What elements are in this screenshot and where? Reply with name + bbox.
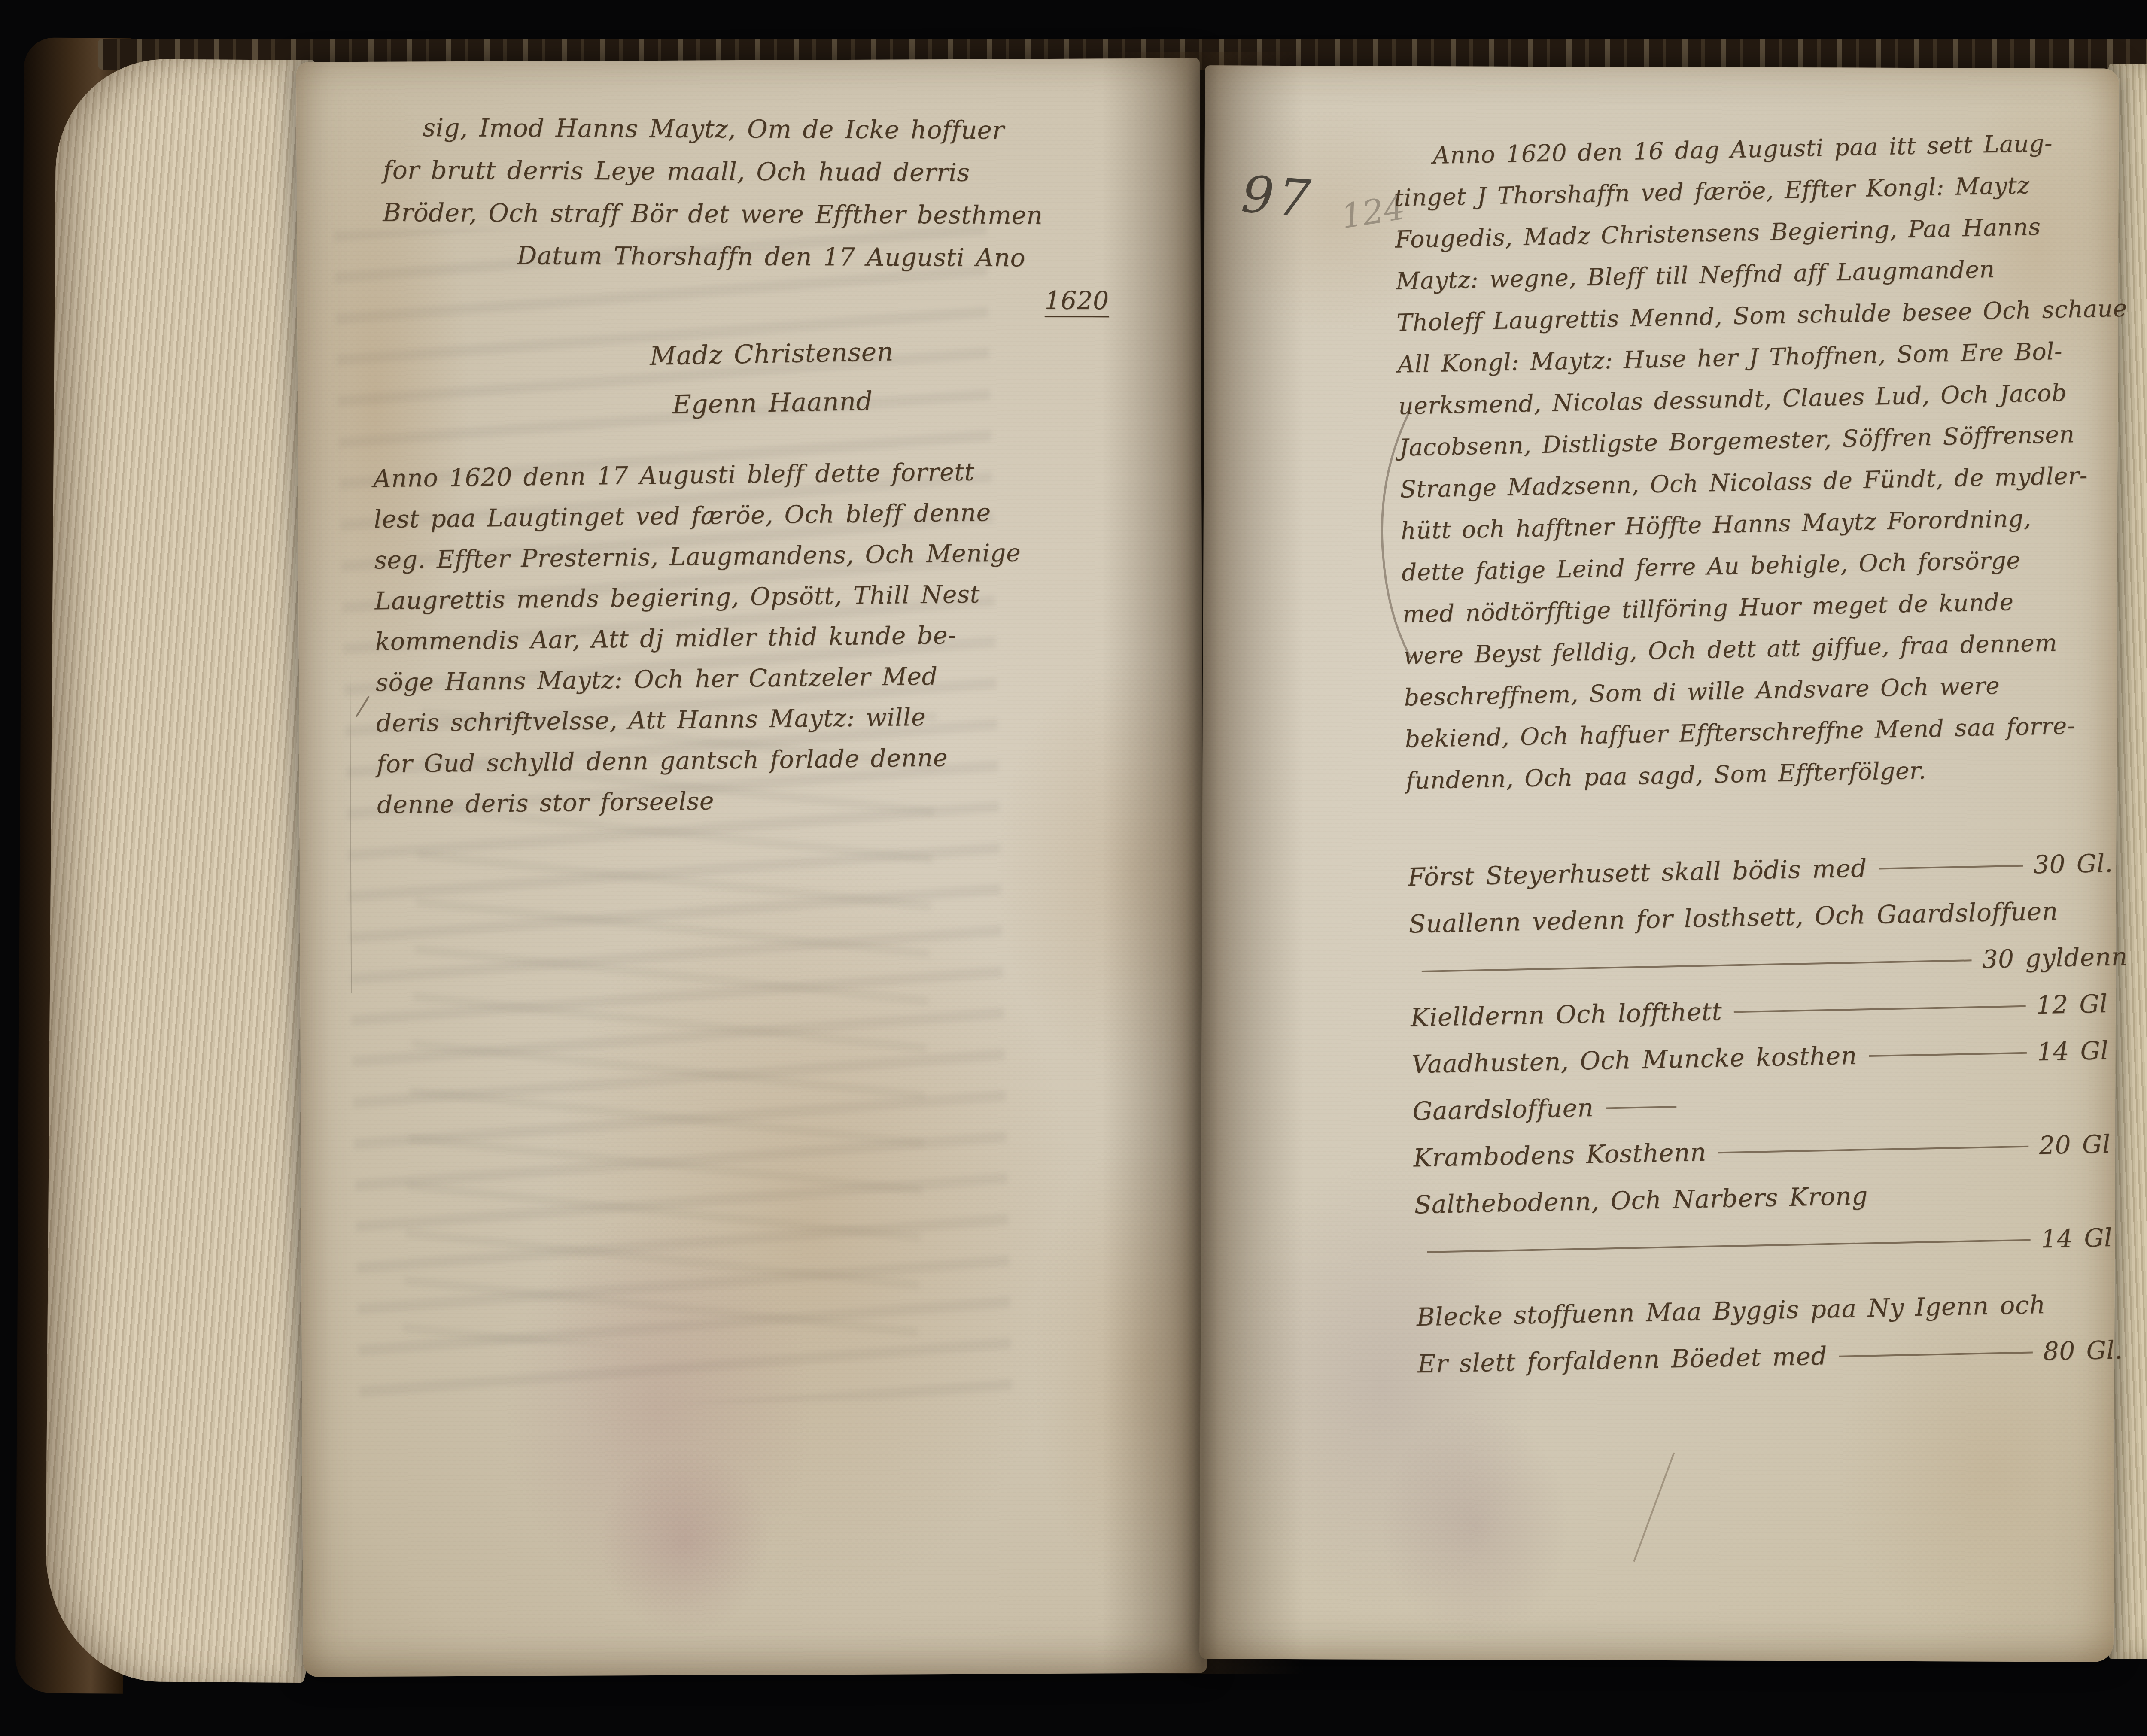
court-entry-paragraph: Anno 1620 denn 17 Augusti bleff dette fo… xyxy=(373,449,1185,826)
ledger-row: Suallenn vedenn for losthsett, Och Gaard… xyxy=(1408,889,2127,945)
ledger-row: 30 gyldenn xyxy=(1409,936,2128,992)
ledger-leader-line xyxy=(1879,865,2023,870)
ledger-leader-line xyxy=(1880,1194,2030,1197)
ledger-item-amount: 80 Gl. xyxy=(2043,1329,2136,1372)
stain xyxy=(503,1210,814,1611)
stain xyxy=(1380,1410,1570,1642)
stain xyxy=(599,1447,771,1636)
ledger-item-label: Vaadhusten, Och Muncke kosthen xyxy=(1411,1035,1857,1086)
manuscript-line: denne deris stor forseelse xyxy=(377,776,1184,826)
ledger-leader-line xyxy=(1718,1146,2029,1154)
ledger-item-label: Först Steyerhusett skall bödis med xyxy=(1407,847,1867,898)
ledger-item-amount xyxy=(2040,1199,2132,1201)
manuscript-line: Datum Thorshaffn den 17 Augusti Ano xyxy=(383,234,1160,280)
ledger-row: Gaardsloffuen xyxy=(1412,1076,2131,1132)
page-number: 97 xyxy=(1240,164,1317,229)
stain xyxy=(540,853,1080,1606)
ledger-leader-line xyxy=(1839,1352,2033,1357)
ledger-item-label: Gaardsloffuen xyxy=(1412,1087,1594,1132)
ledger-row: Först Steyerhusett skall bödis med 30 Gl… xyxy=(1407,842,2126,898)
court-entry-right: Anno 1620 den 16 dag Augusti paa itt set… xyxy=(1393,121,2136,1390)
ledger-item-amount: 30 gyldenn xyxy=(1982,936,2128,980)
closing-paragraph: sig, Imod Hanns Maytz, Om de Icke hoffue… xyxy=(382,106,1160,322)
manuscript-line: sig, Imod Hanns Maytz, Om de Icke hoffue… xyxy=(383,106,1160,152)
signature-block: Madz ChristensenEgenn Haannd xyxy=(387,322,1157,434)
margin-mark xyxy=(356,696,370,717)
ledger-row: Kielldernn Och loffthett 12 Gl xyxy=(1410,983,2129,1039)
court-entry-lines: Anno 1620 den 16 dag Augusti paa itt set… xyxy=(1393,121,2124,801)
ledger-item-label: Suallenn vedenn for losthsett, Och Gaard… xyxy=(1408,890,2059,945)
ledger-leader-line xyxy=(1734,1005,2025,1013)
ledger-item-amount: 14 Gl xyxy=(2041,1217,2134,1260)
manuscript-line: for brutt derris Leye maall, Och huad de… xyxy=(383,149,1160,195)
ledger-item-amount: 30 Gl. xyxy=(2033,842,2126,886)
manuscript-line: Bröder, Och straff Bör det were Effther … xyxy=(383,191,1160,237)
left-page: sig, Imod Hanns Maytz, Om de Icke hoffue… xyxy=(296,58,1207,1677)
margin-crease xyxy=(350,667,352,993)
ledger-row: Vaadhusten, Och Muncke kosthen 14 Gl xyxy=(1411,1029,2130,1086)
ledger-item-amount: 14 Gl xyxy=(2037,1029,2130,1073)
ledger-row: Blecke stoffuenn Maa Byggis paa Ny Igenn… xyxy=(1416,1282,2135,1338)
ledger-item-label: Kielldernn Och loffthett xyxy=(1410,991,1722,1039)
page-edges-left xyxy=(45,58,317,1683)
ledger-item-label: Salthebodenn, Och Narbers Krong xyxy=(1414,1175,1868,1226)
repair-cost-ledger: Först Steyerhusett skall bödis med 30 Gl… xyxy=(1407,842,2135,1385)
ledger-item-label: Er slett forfaldenn Böedet med xyxy=(1417,1335,1828,1385)
ledger-item-label: Blecke stoffuenn Maa Byggis paa Ny Igenn… xyxy=(1416,1284,2046,1338)
ledger-row: Salthebodenn, Och Narbers Krong xyxy=(1414,1170,2133,1226)
ledger-leader-line xyxy=(1869,1052,2027,1057)
ledger-item-amount: 12 Gl xyxy=(2036,983,2129,1026)
ledger-leader-line xyxy=(1422,959,1972,972)
manuscript-line: 1620 xyxy=(382,276,1159,322)
book-photo: sig, Imod Hanns Maytz, Om de Icke hoffue… xyxy=(0,0,2147,1736)
ledger-item-amount: 20 Gl xyxy=(2038,1123,2132,1166)
right-page: 97 124 Anno 1620 den 16 dag Augusti paa … xyxy=(1200,65,2119,1662)
pencil-scratch xyxy=(1633,1453,1675,1562)
ledger-leader-line xyxy=(1427,1239,2031,1253)
ledger-leader-line xyxy=(1606,1106,1676,1109)
ledger-row: Krambodens Kosthenn 20 Gl xyxy=(1413,1123,2132,1179)
ledger-item-label: Krambodens Kosthenn xyxy=(1413,1132,1707,1179)
ledger-row: Er slett forfaldenn Böedet med 80 Gl. xyxy=(1417,1329,2136,1385)
ledger-row: 14 Gl xyxy=(1415,1217,2134,1273)
ledger-item-amount xyxy=(1687,1112,1779,1114)
